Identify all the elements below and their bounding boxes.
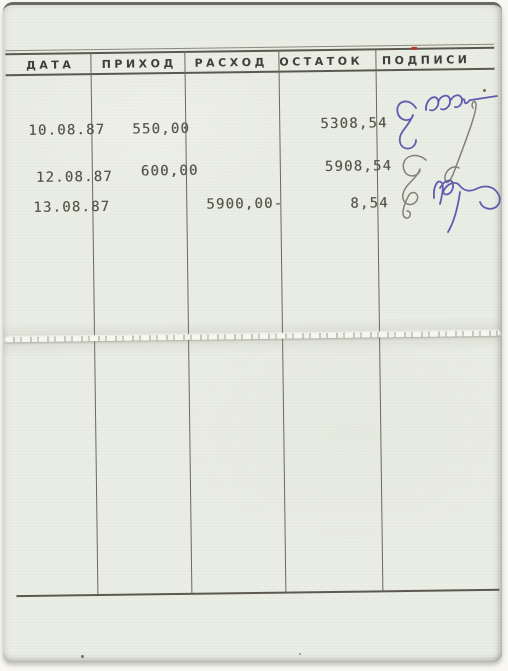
signature-3-ink [434, 180, 500, 232]
entry-expense: 5900,00- [206, 196, 283, 213]
table-bottom-rule [16, 589, 499, 597]
column-header-signatures: ПОДПИСИ [369, 51, 479, 68]
scanned-passbook-page: ДАТА ПРИХОД РАСХОД ОСТАТОК ПОДПИСИ 10.08… [0, 0, 508, 671]
entry-income: 600,00 [141, 163, 199, 180]
passbook-paper-sheet: ДАТА ПРИХОД РАСХОД ОСТАТОК ПОДПИСИ 10.08… [3, 2, 502, 662]
entry-date: 12.08.87 [36, 169, 113, 186]
ink-speck [483, 89, 486, 92]
binding-stitch-line [5, 331, 500, 342]
column-header-date: ДАТА [7, 56, 89, 73]
signature-1-ink [397, 95, 497, 148]
ink-speck [81, 655, 84, 658]
column-header-expense: РАСХОД [185, 54, 273, 71]
column-header-balance: ОСТАТОК [271, 52, 367, 69]
entry-date: 13.08.87 [33, 199, 110, 216]
column-header-income: ПРИХОД [91, 55, 183, 72]
handwritten-signatures [378, 80, 508, 240]
signature-2-ink [403, 101, 476, 218]
column-divider-3 [278, 51, 286, 593]
red-pen-mark [411, 47, 417, 50]
ink-speck [299, 653, 301, 655]
entry-date: 10.08.87 [28, 122, 105, 139]
entry-income: 550,00 [132, 121, 190, 138]
